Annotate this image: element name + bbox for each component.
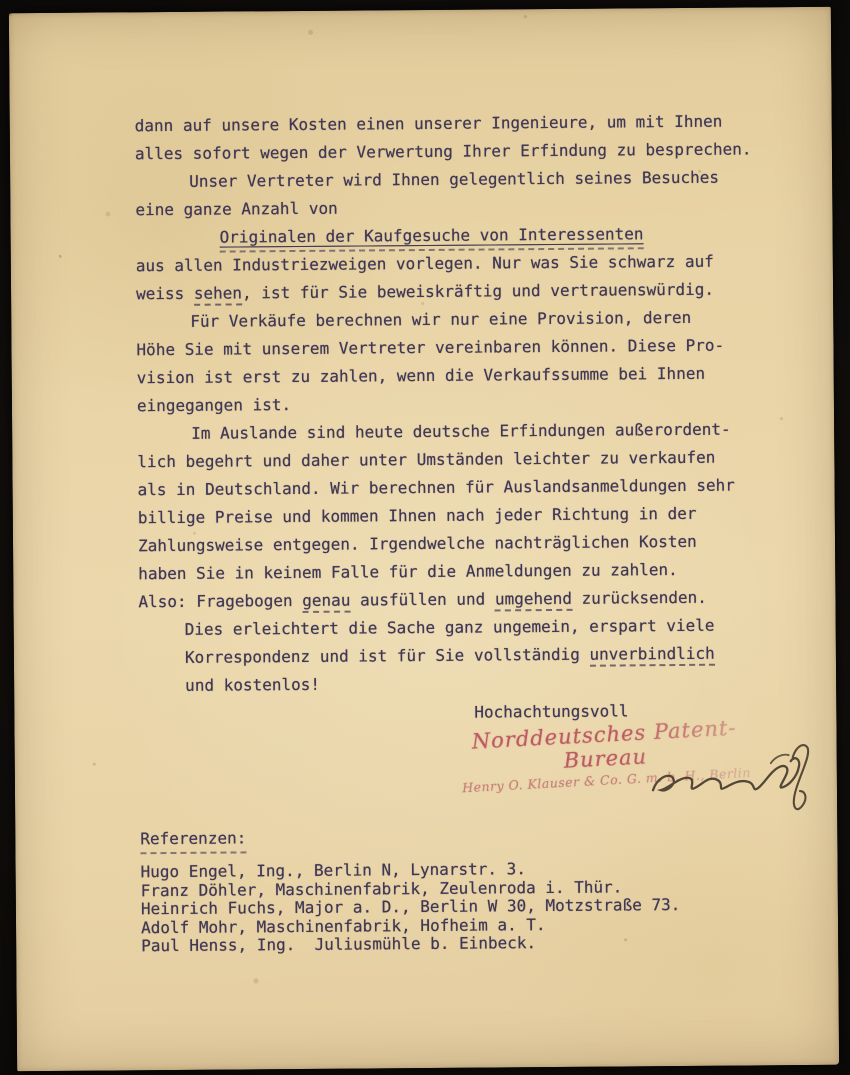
- underlined-word: genau: [302, 591, 350, 613]
- letter-line: Korrespondenz und ist für Sie vollständi…: [139, 639, 779, 672]
- line-text: Dies erleichtert die Sache ganz ungemein…: [185, 616, 715, 639]
- line-text: ausfüllen und: [350, 589, 495, 609]
- line-text: weiss: [136, 284, 194, 303]
- line-text: billige Preise und kommen Ihnen nach jed…: [138, 504, 697, 527]
- references-list: Hugo Engel, Ing., Berlin N, Lynarstr. 3.…: [141, 859, 681, 956]
- line-text: Also: Fragebogen: [138, 591, 302, 611]
- line-text: dann auf unsere Kosten einen unserer Ing…: [135, 112, 723, 136]
- line-text: haben Sie in keinem Falle für die Anmeld…: [138, 560, 678, 583]
- line-text: Unser Vertreter wird Ihnen gelegentlich …: [189, 168, 719, 191]
- line-text: lich begehrt und daher unter Umständen l…: [137, 448, 715, 472]
- paper-age-specks: [9, 13, 12, 16]
- handwritten-signature: [645, 733, 826, 826]
- line-text: Zahlungsweise entgegen. Irgendwelche nac…: [138, 532, 697, 555]
- line-text: , ist für Sie beweiskräftig und vertraue…: [242, 280, 714, 303]
- line-text: aus allen Industriezweigen vorlegen. Nur…: [136, 252, 714, 276]
- underlined-word: sehen: [194, 283, 242, 305]
- line-text: Im Auslande sind heute deutsche Erfindun…: [191, 420, 731, 443]
- letter-line: vision ist erst zu zahlen, wenn die Verk…: [137, 359, 777, 392]
- letter-body: dann auf unsere Kosten einen unserer Ing…: [135, 107, 780, 700]
- letter-photo: dann auf unsere Kosten einen unserer Ing…: [0, 0, 850, 1075]
- letter-line: und kostenlos!: [139, 667, 779, 700]
- letter-line: Zahlungsweise entgegen. Irgendwelche nac…: [138, 527, 778, 560]
- line-text: und kostenlos!: [185, 675, 320, 695]
- underlined-word: umgehend: [495, 589, 572, 612]
- line-text: Für Verkäufe berechnen wir nur eine Prov…: [190, 308, 691, 331]
- line-text: eingegangen ist.: [137, 395, 291, 415]
- line-text: als in Deutschland. Wir berechnen für Au…: [138, 476, 735, 500]
- line-text: alles sofort wegen der Verwertung Ihrer …: [135, 139, 752, 163]
- paper-sheet: dann auf unsere Kosten einen unserer Ing…: [9, 7, 839, 1071]
- reference-item: Paul Henss, Ing. Juliusmühle b. Einbeck.: [141, 933, 681, 956]
- line-text: vision ist erst zu zahlen, wenn die Verk…: [137, 364, 705, 387]
- underlined-word: unverbindlich: [589, 644, 714, 667]
- references-heading: Referenzen:: [140, 827, 246, 854]
- signature-ink-strokes: [645, 733, 826, 826]
- references-section: Referenzen: Hugo Engel, Ing., Berlin N, …: [140, 824, 680, 956]
- line-text: Korrespondenz und ist für Sie vollständi…: [185, 645, 590, 667]
- line-text: eine ganze Anzahl von: [135, 199, 337, 220]
- line-text: zurücksenden.: [572, 588, 707, 608]
- letter-line: Unser Vertreter wird Ihnen gelegentlich …: [135, 163, 775, 196]
- line-text: Höhe Sie mit unserem Vertreter vereinbar…: [136, 336, 724, 360]
